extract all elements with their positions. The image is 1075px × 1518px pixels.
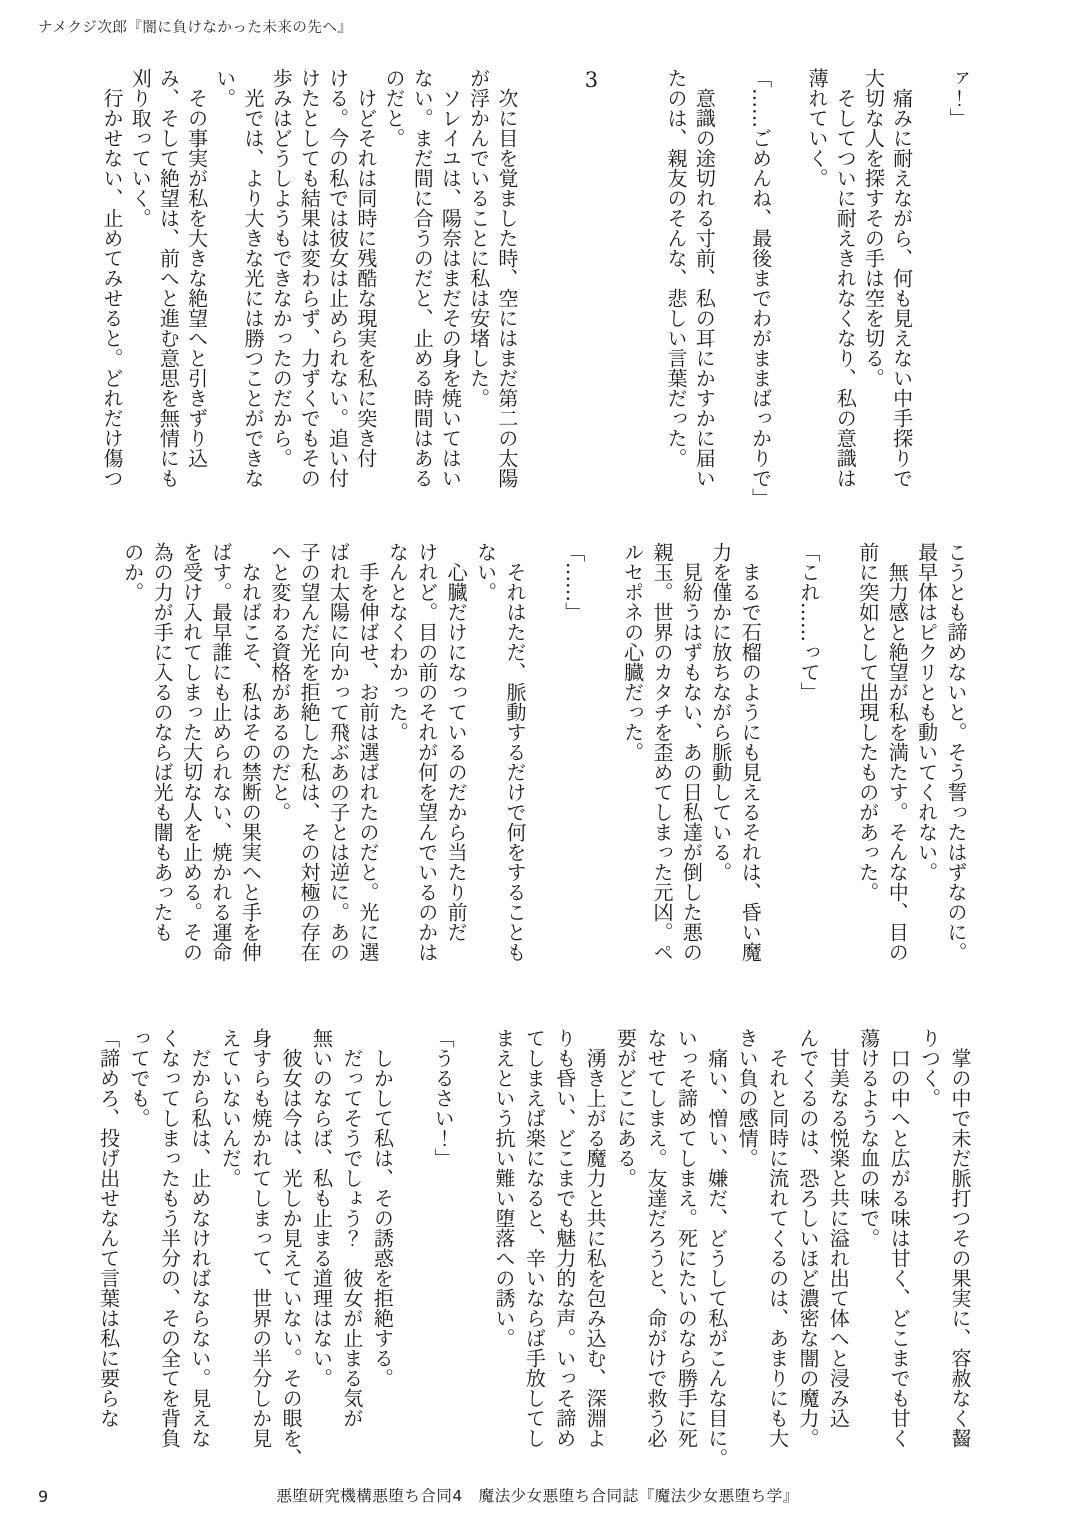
text-line: へと変わる資格があるのだと。 [264,542,293,1014]
text-line: い。 [211,68,239,540]
running-header: ナメクジ次郎『闇に負けなかった未来の先へ』 [38,16,352,37]
text-line: まるで石榴のようにも見えるそれは、昏い魔 [735,542,764,1014]
text-line: ない。 [470,542,499,1014]
text-line: 為の力が手に入るのならば光も闇もあったも [147,542,176,1014]
section-number: 3 [577,68,605,540]
text-line: ってでも。 [124,1028,154,1500]
text-line: 口の中へと広がる味は甘く、どこまでも甘く [884,1028,914,1500]
text-line: 最早体はピクリとも動いてくれない。 [911,542,940,1014]
text-line: きい負の感情。 [732,1028,762,1500]
text-line: 身すらも焼かれてしまって、世界の半分しか見 [245,1028,275,1500]
text-line: 要がどこにある。 [610,1028,640,1500]
text-line: 刈り取っていく。 [126,68,154,540]
text-line: 痛みに耐えながら、何も見えない中手探りで [887,68,915,540]
text-band-3: 掌の中で未だ脈打つその果実に、容赦なく齧りつく。 口の中へと広がる味は甘く、どこ… [93,1028,975,1500]
text-line: ける。今の私では彼女は止められない。追い付 [323,68,351,540]
text-line: 薄れていく。 [803,68,831,540]
text-line: ばれ太陽に向かって飛ぶあの子とは逆に。あの [323,542,352,1014]
novel-page: ナメクジ次郎『闇に負けなかった未来の先へ』 ァ！」 痛みに耐えながら、何も見えな… [0,0,1075,1518]
text-line: ルセポネの心臓だった。 [617,542,646,1014]
text-line: 光では、より大きな光には勝つことができな [239,68,267,540]
text-line: 心臓だけになっているのだから当たり前だ [441,542,470,1014]
text-line: 歩みはどうしようもできなかったのだから。 [267,68,295,540]
text-line: 無いのならば、私も止まる道理はない。 [306,1028,336,1500]
text-line: 力を僅かに放ちながら脈動している。 [705,542,734,1014]
text-line: 子の望んだ光を拒絶した私は、その対極の存在 [294,542,323,1014]
text-line: 見紛うはずもない、あの日私達が倒した悪の [676,542,705,1014]
text-line: けれど。目の前のそれが何を望んでいるのかは [411,542,440,1014]
text-line: しかして私は、その誘惑を拒絶する。 [367,1028,397,1500]
text-line: 蕩けるような血の味で。 [853,1028,883,1500]
text-line: たのは、親友のそんな、悲しい言葉だった。 [662,68,690,540]
text-line: 「……」 [558,542,587,1014]
text-line: 無力感と絶望が私を満たす。そんな中、目の [882,542,911,1014]
text-line: まえという抗い難い堕落への誘い。 [489,1028,519,1500]
text-line: それと同時に流れてくるのは、あまりにも大 [762,1028,792,1500]
text-line: 親玉。世界のカタチを歪めてしまった元凶。ペ [647,542,676,1014]
text-band-1: ァ！」 痛みに耐えながら、何も見えない中手探りで大切な人を探すその手は空を切る。… [98,68,972,540]
text-line: 前に突如として出現したものがあった。 [852,542,881,1014]
text-line: が浮かんでいることに私は安堵した。 [464,68,492,540]
text-band-2: こうとも諦めないと。そう誓ったはずなのに。最早体はピクリとも動いてくれない。 無… [117,542,970,1014]
book-title: 悪堕研究機構悪堕ち合同4 魔法少女悪堕ち合同誌『魔法少女悪堕ち学』 [0,1484,1075,1506]
text-line: ァ！」 [944,68,972,540]
text-line: なんとなくわかった。 [382,542,411,1014]
text-line: てしまえば楽になると、辛いならば手放してし [519,1028,549,1500]
text-line: こうとも諦めないと。そう誓ったはずなのに。 [941,542,970,1014]
text-line: 大切な人を探すその手は空を切る。 [859,68,887,540]
text-line: 湧き上がる魔力と共に私を包み込む、深淵よ [580,1028,610,1500]
text-line: 「うるさい！」 [428,1028,458,1500]
text-line: くなってしまったもう半分の、その全てを背負 [154,1028,184,1500]
text-line: のか。 [117,542,146,1014]
text-line: なればこそ、私はその禁断の果実へと手を伸 [235,542,264,1014]
text-line: 次に目を覚ました時、空にはまだ第二の太陽 [493,68,521,540]
text-line: ソレイユは、陽奈はまだその身を焼いてはい [436,68,464,540]
text-line: ない。まだ間に合うのだと、止める時間はある [408,68,436,540]
text-line: 意識の途切れる寸前、私の耳にかすかに届い [690,68,718,540]
text-line: 行かせない、止めてみせると。どれだけ傷つ [98,68,126,540]
text-line: み、そして絶望は、前へと進む意思を無情にも [154,68,182,540]
text-line: 「これ……って」 [794,542,823,1014]
text-line: その事実が私を大きな絶望へと引きずり込 [182,68,210,540]
text-line: 甘美なる悦楽と共に溢れ出て体へと浸み込 [823,1028,853,1500]
text-line: なせてしまえ。友達だろうと、命がけで救う必 [641,1028,671,1500]
text-line: ばす。最早誰にも止められない、焼かれる運命 [206,542,235,1014]
text-line: けどそれは同時に残酷な現実を私に突き付 [352,68,380,540]
text-line: だってそうでしょう？ 彼女が止まる気が [337,1028,367,1500]
text-line: のだと。 [380,68,408,540]
text-line: えていないんだ。 [215,1028,245,1500]
text-line: そしてついに耐えきれなくなり、私の意識は [831,68,859,540]
text-line: だから私は、止めなければならない。見えな [184,1028,214,1500]
text-line: を受け入れてしまった大切な人を止める。その [176,542,205,1014]
text-line: 「諦めろ、投げ出せなんて言葉は私に要らな [93,1028,123,1500]
text-line: 「……ごめんね、最後までわがままばっかりで」 [746,68,774,540]
text-line: 彼女は今は、光しか見えていない。その眼を、 [276,1028,306,1500]
text-line: 掌の中で未だ脈打つその果実に、容赦なく齧 [945,1028,975,1500]
text-line: りつく。 [914,1028,944,1500]
text-line: 手を伸ばせ、お前は選ばれたのだと。光に選 [353,542,382,1014]
text-line: んでくるのは、恐ろしいほど濃密な闇の魔力。 [793,1028,823,1500]
text-line: けたとしても結果は変わらず、力ずくでもその [295,68,323,540]
text-line: いっそ諦めてしまえ。死にたいのなら勝手に死 [671,1028,701,1500]
text-line: それはただ、脈動するだけで何をすることも [500,542,529,1014]
text-line: 痛い、憎い、嫌だ、どうして私がこんな目に。 [701,1028,731,1500]
text-line: りも昏い、どこまでも魅力的な声。いっそ諦め [549,1028,579,1500]
